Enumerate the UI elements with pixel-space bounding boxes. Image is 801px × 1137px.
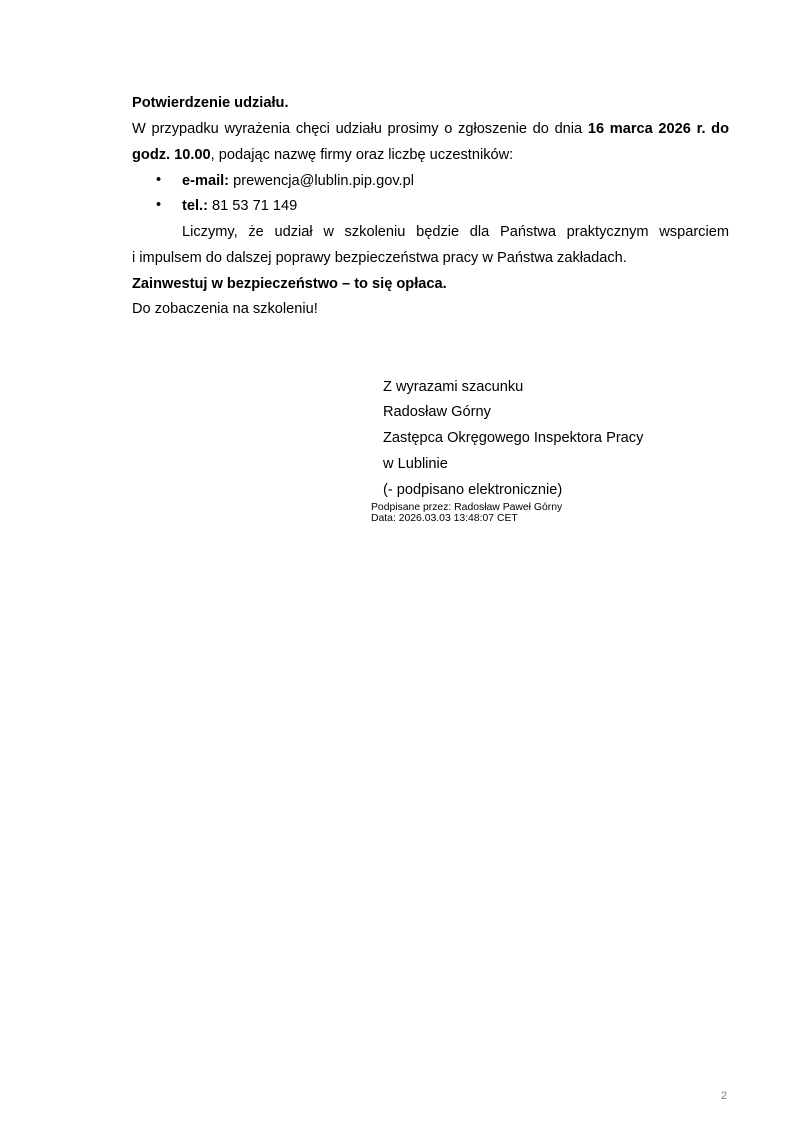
signature-location: w Lublinie: [383, 455, 448, 473]
esignature-date: Data: 2026.03.03 13:48:07 CET: [371, 513, 518, 524]
bullet-icon: •: [156, 197, 161, 213]
section-heading: Potwierdzenie udziału.: [132, 94, 289, 112]
closing: Do zobaczenia na szkoleniu!: [132, 300, 318, 318]
contact-email: e-mail: prewencja@lublin.pip.gov.pl: [182, 172, 414, 190]
paragraph-registration-line2: godz. 10.00, podając nazwę firmy oraz li…: [132, 146, 513, 164]
bullet-icon: •: [156, 172, 161, 188]
slogan: Zainwestuj w bezpieczeństwo – to się opł…: [132, 275, 447, 293]
signature-greeting: Z wyrazami szacunku: [383, 378, 523, 396]
signature-note: (- podpisano elektronicznie): [383, 481, 562, 499]
email-link[interactable]: prewencja@lublin.pip.gov.pl: [229, 173, 414, 189]
paragraph-registration-line1: W przypadku wyrażenia chęci udziału pros…: [132, 120, 729, 138]
page-number: 2: [721, 1090, 727, 1102]
contact-phone: tel.: 81 53 71 149: [182, 197, 297, 215]
signature-name: Radosław Górny: [383, 403, 491, 421]
paragraph-support-line2: i impulsem do dalszej poprawy bezpieczeń…: [132, 249, 627, 267]
esignature-signed-by: Podpisane przez: Radosław Paweł Górny: [371, 502, 562, 513]
paragraph-support-line1: Liczymy, że udział w szkoleniu będzie dl…: [182, 223, 729, 241]
signature-title: Zastępca Okręgowego Inspektora Pracy: [383, 429, 643, 447]
